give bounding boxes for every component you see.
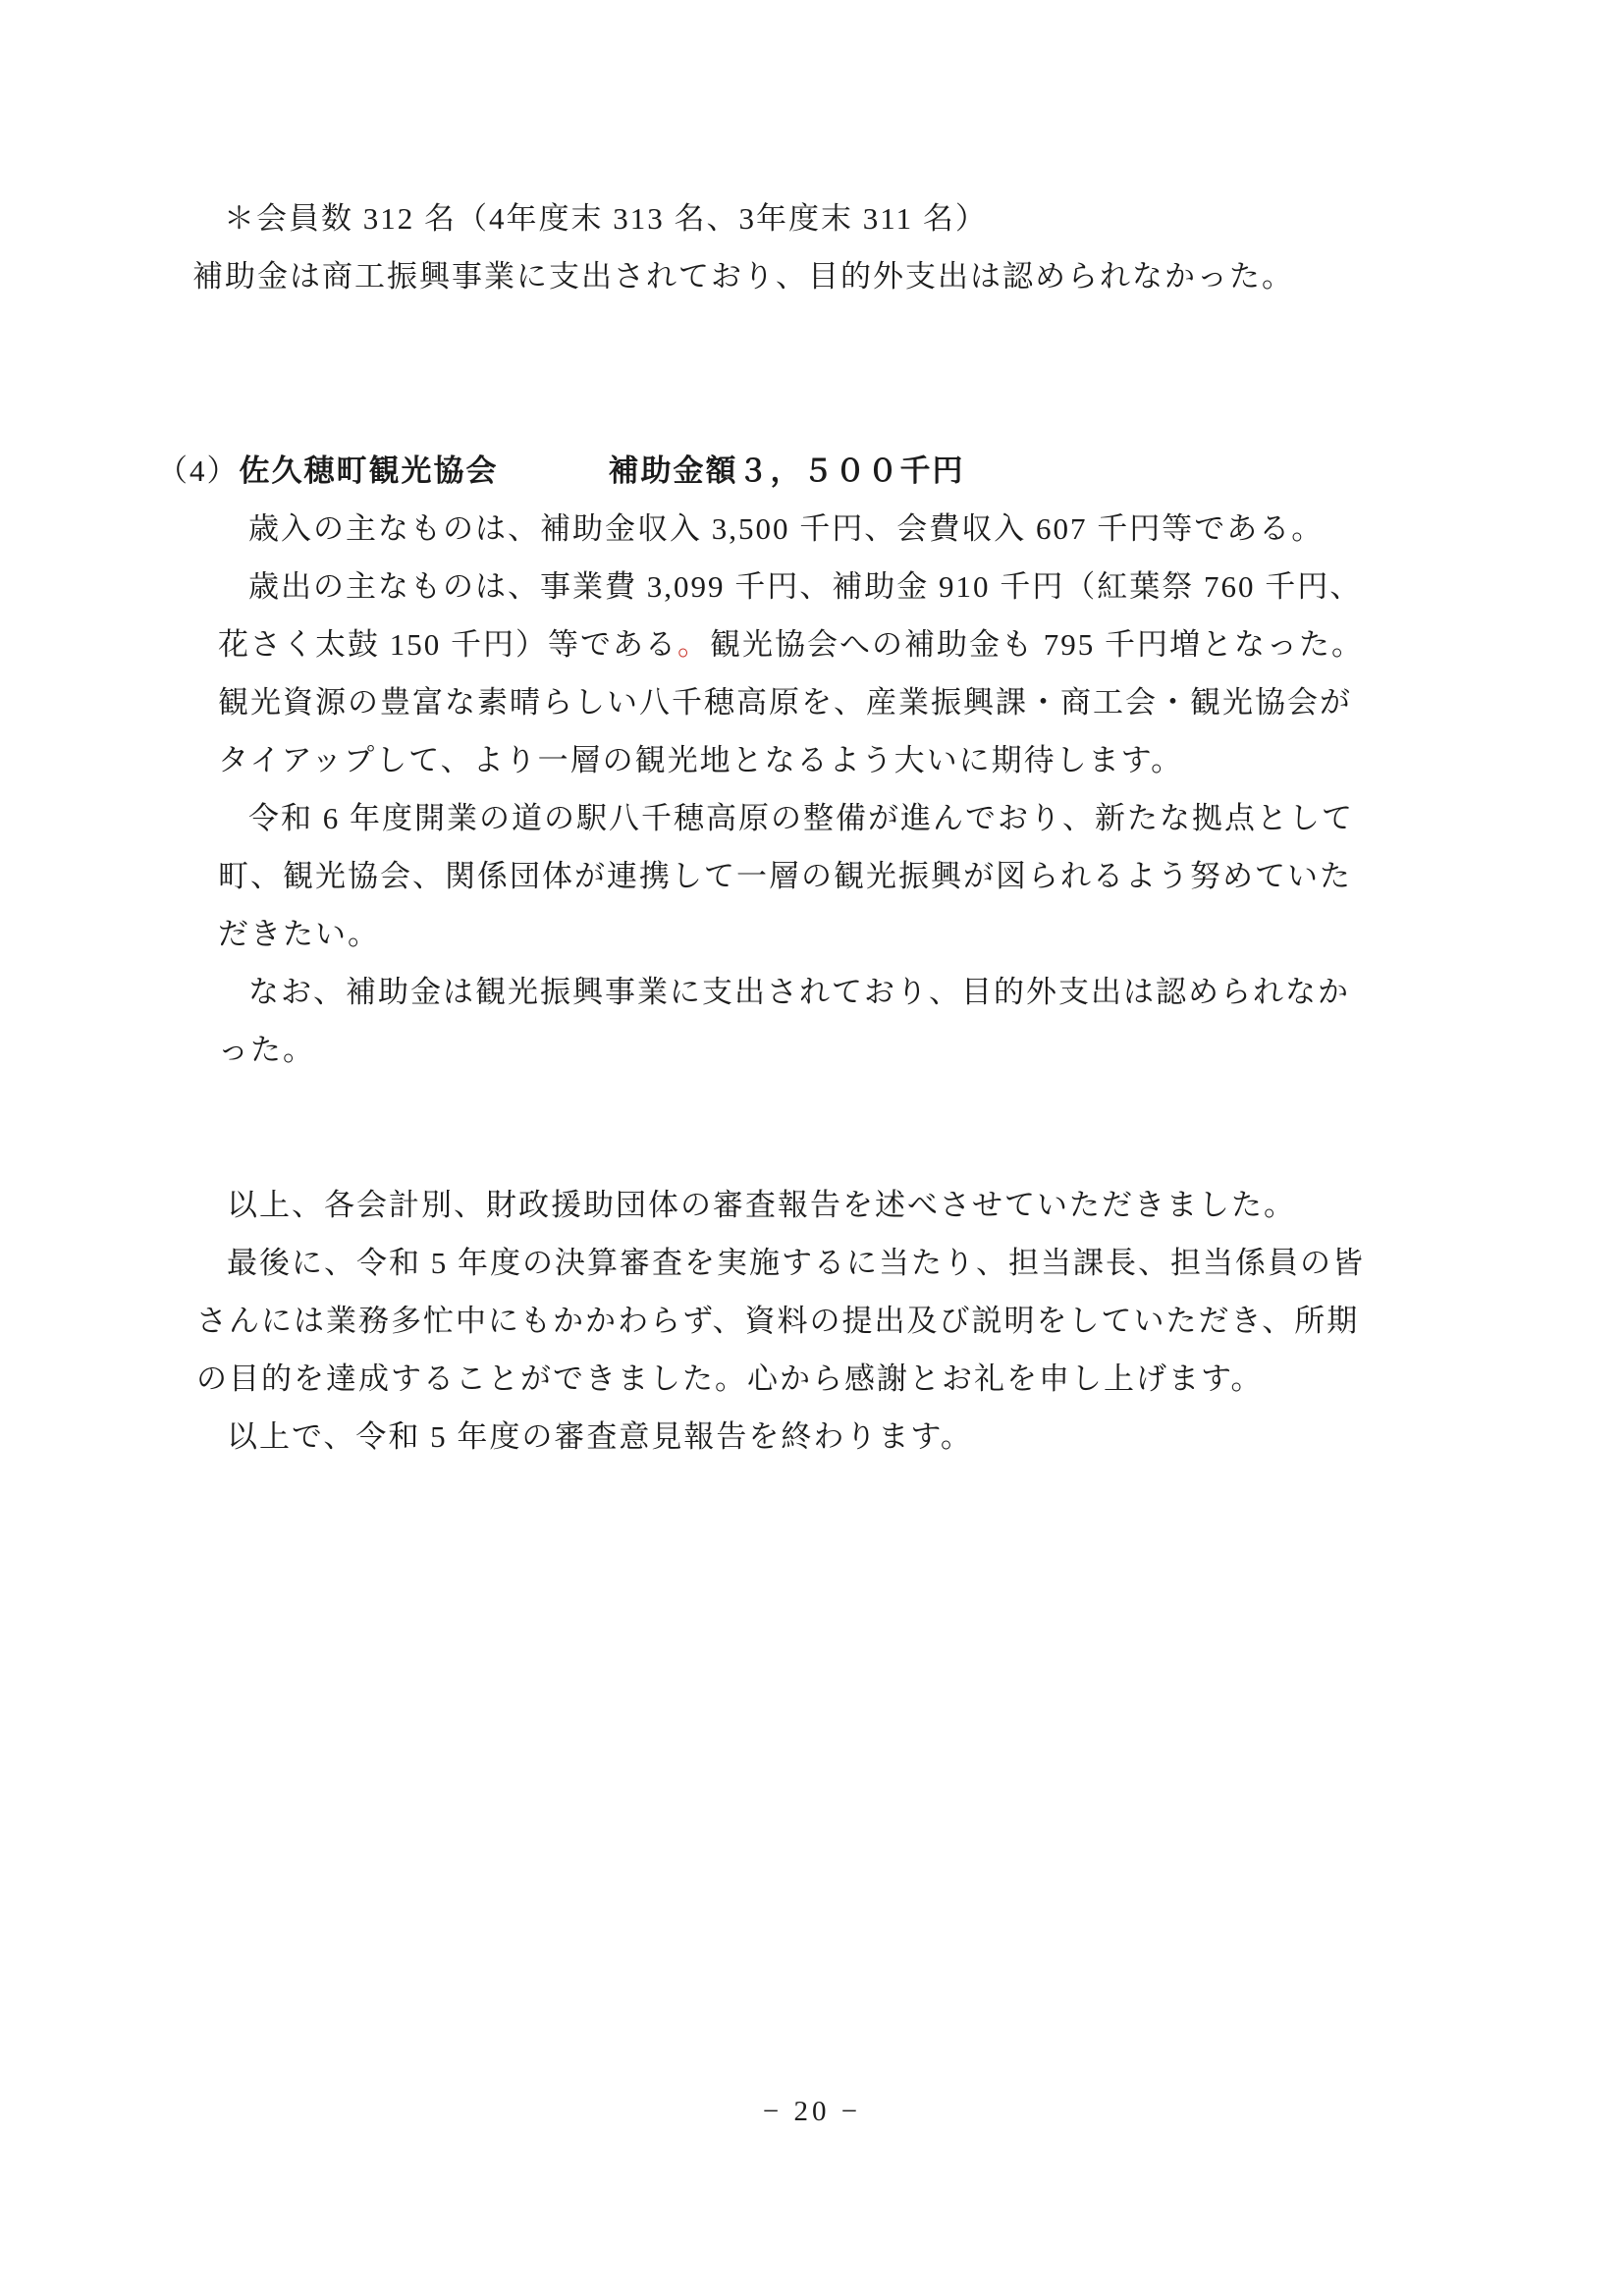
section-body-line: った。 (218, 1021, 1624, 1079)
section-number: （4） (157, 454, 240, 488)
section-body-line: 歳入の主なものは、補助金収入 3,500 千円、会費収入 607 千円等である。 (248, 500, 1624, 558)
organization-name: 佐久穂町観光協会 (240, 454, 499, 488)
section-body: 歳入の主なものは、補助金収入 3,500 千円、会費収入 607 千円等である。… (0, 500, 1624, 1079)
closing-line: 以上、各会計別、財政援助団体の審査報告を述べさせていただきました。 (227, 1176, 1624, 1234)
section-body-line: だきたい。 (218, 905, 1624, 963)
document-content: ＊会員数 312 名（4年度末 313 名、3年度末 311 名） 補助金は商工… (0, 0, 1624, 1466)
red-period: 。 (677, 627, 710, 662)
closing-paragraphs: 以上、各会計別、財政援助団体の審査報告を述べさせていただきました。最後に、令和 … (0, 1176, 1624, 1466)
member-count-note: ＊会員数 312 名（4年度末 313 名、3年度末 311 名） 補助金は商工… (0, 0, 1624, 305)
closing-line: さんには業務多忙中にもかかわらず、資料の提出及び説明をしていただき、所期 (196, 1292, 1624, 1350)
closing-line: の目的を達成することができました。心から感謝とお礼を申し上げます。 (196, 1350, 1624, 1408)
section-body-line: なお、補助金は観光振興事業に支出されており、目的外支出は認められなか (248, 963, 1624, 1021)
line-text: 花さく太鼓 150 千円）等である (218, 627, 677, 662)
closing-line: 最後に、令和 5 年度の決算審査を実施するに当たり、担当課長、担当係員の皆 (227, 1234, 1624, 1292)
document-page: ＊会員数 312 名（4年度末 313 名、3年度末 311 名） 補助金は商工… (0, 0, 1624, 2296)
section-body-line: タイアップして、より一層の観光地となるよう大いに期待します。 (218, 731, 1624, 789)
section-body-line: 花さく太鼓 150 千円）等である。観光協会への補助金も 795 千円増となった… (218, 615, 1624, 673)
line-text: 観光協会への補助金も 795 千円増となった。 (710, 627, 1364, 662)
subsidy-conclusion-line: 補助金は商工振興事業に支出されており、目的外支出は認められなかった。 (192, 247, 1624, 305)
section-body-line: 令和 6 年度開業の道の駅八千穂高原の整備が進んでおり、新たな拠点として (248, 789, 1624, 847)
page-number: − 20 − (763, 2096, 861, 2127)
section-heading: （4）佐久穂町観光協会補助金額３，５００千円 (157, 442, 1624, 500)
subsidy-amount: 補助金額３，５００千円 (609, 454, 965, 488)
member-count-line: ＊会員数 312 名（4年度末 313 名、3年度末 311 名） (224, 189, 1624, 247)
page-footer: − 20 − (0, 2096, 1624, 2128)
section-body-line: 町、観光協会、関係団体が連携して一層の観光振興が図られるよう努めていた (218, 847, 1624, 905)
closing-line: 以上で、令和 5 年度の審査意見報告を終わります。 (227, 1408, 1624, 1466)
section-body-line: 歳出の主なものは、事業費 3,099 千円、補助金 910 千円（紅葉祭 760… (248, 558, 1624, 615)
section-body-line: 観光資源の豊富な素晴らしい八千穂高原を、産業振興課・商工会・観光協会が (218, 673, 1624, 731)
